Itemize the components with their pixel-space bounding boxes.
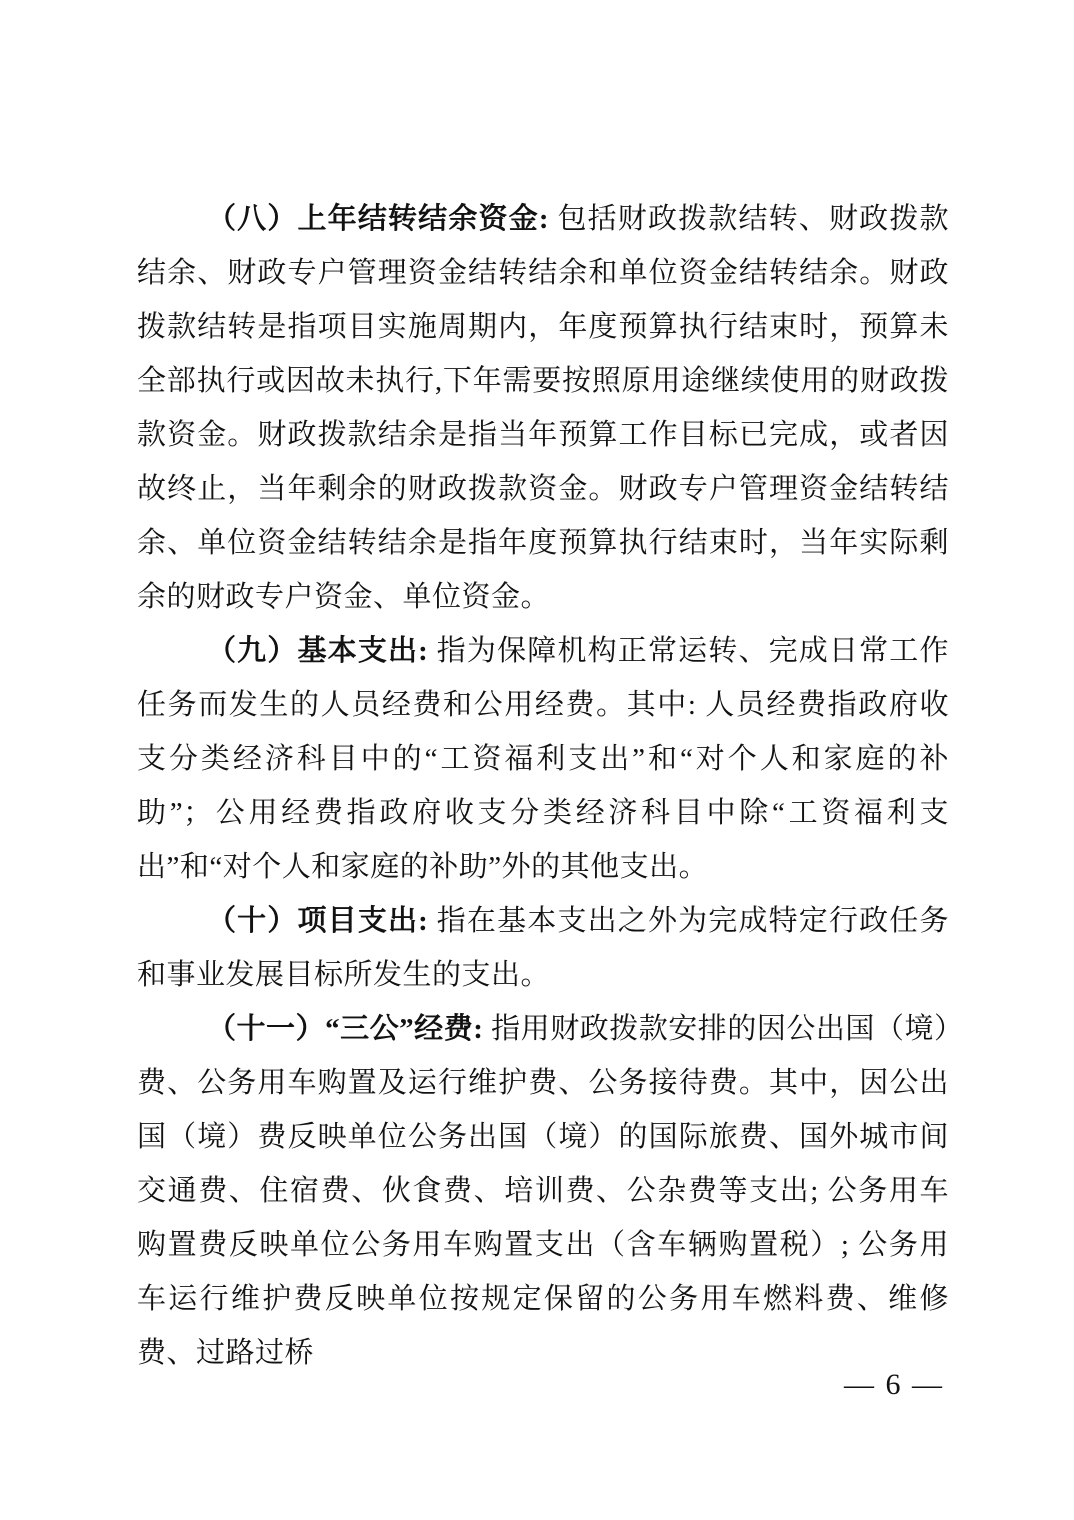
document-body: （八）上年结转结余资金: 包括财政拨款结转、财政拨款结余、财政专户管理资金结转结…: [137, 192, 949, 1380]
paragraph: （八）上年结转结余资金: 包括财政拨款结转、财政拨款结余、财政专户管理资金结转结…: [137, 192, 949, 624]
paragraph: （九）基本支出: 指为保障机构正常运转、完成日常工作任务而发生的人员经费和公用经…: [137, 624, 949, 894]
paragraph: （十一）“三公”经费: 指用财政拨款安排的因公出国（境）费、公务用车购置及运行维…: [137, 1002, 949, 1380]
paragraph-heading: （九）基本支出:: [207, 635, 428, 667]
paragraph-text: 包括财政拨款结转、财政拨款结余、财政专户管理资金结转结余和单位资金结转结余。财政…: [137, 203, 949, 613]
paragraph-text: 指用财政拨款安排的因公出国（境）费、公务用车购置及运行维护费、公务接待费。其中，…: [137, 1013, 949, 1369]
page-footer: — 6 —: [844, 1368, 944, 1402]
paragraph: （十）项目支出: 指在基本支出之外为完成特定行政任务和事业发展目标所发生的支出。: [137, 894, 949, 1002]
page-number: — 6 —: [844, 1368, 944, 1401]
document-page: （八）上年结转结余资金: 包括财政拨款结转、财政拨款结余、财政专户管理资金结转结…: [0, 0, 1074, 1520]
paragraph-heading: （十一）“三公”经费:: [207, 1013, 483, 1045]
paragraph-text: 指为保障机构正常运转、完成日常工作任务而发生的人员经费和公用经费。其中: 人员经…: [137, 635, 949, 883]
paragraph-heading: （八）上年结转结余资金:: [207, 203, 549, 235]
paragraph-heading: （十）项目支出:: [207, 905, 428, 937]
